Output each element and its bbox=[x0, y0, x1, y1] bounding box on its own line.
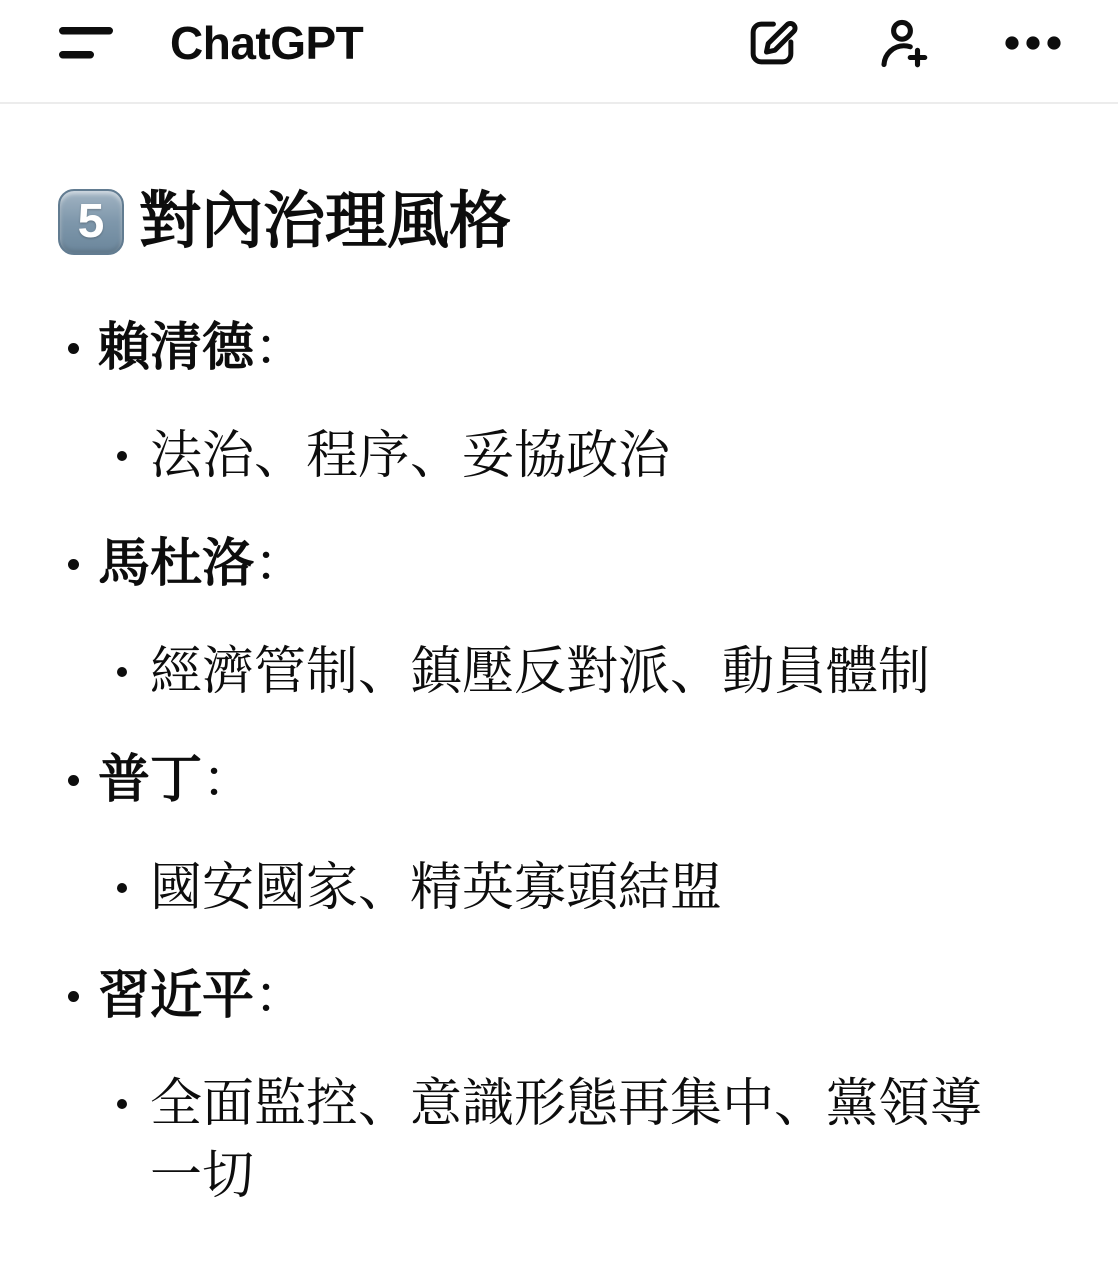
leaders-list: 賴清德： 法治、程序、妥協政治 馬杜洛： 經濟管制、鎮壓反對派、動員體制 普丁： bbox=[55, 312, 1063, 1212]
detail-row: 法治、程序、妥協政治 bbox=[55, 420, 1063, 492]
list-item: 賴清德： 法治、程序、妥協政治 bbox=[55, 312, 1063, 492]
bullet-dot bbox=[68, 991, 79, 1002]
header-actions bbox=[743, 13, 1061, 73]
colon: ： bbox=[254, 967, 306, 1025]
section-heading: 5 對內治理風格 bbox=[58, 186, 1063, 258]
sub-bullet-dot bbox=[117, 1099, 127, 1109]
chat-message-area: 5 對內治理風格 賴清德： 法治、程序、妥協政治 馬杜洛： 經濟管制、鎮壓反對派… bbox=[0, 186, 1118, 1212]
leader-row: 馬杜洛： bbox=[55, 528, 1063, 600]
more-options-button[interactable] bbox=[1005, 36, 1061, 50]
add-person-button[interactable] bbox=[873, 13, 933, 73]
add-person-icon bbox=[873, 13, 933, 73]
list-item: 習近平： 全面監控、意識形態再集中、黨領導一切 bbox=[55, 960, 1063, 1212]
detail-text: 國安國家、精英寡頭結盟 bbox=[150, 852, 722, 924]
more-options-ellipsis-icon bbox=[1005, 36, 1061, 50]
leader-row: 賴清德： bbox=[55, 312, 1063, 384]
bullet-dot bbox=[68, 343, 79, 354]
leader-label: 習近平： bbox=[98, 960, 306, 1032]
bullet-dot bbox=[68, 559, 79, 570]
sidebar-menu-icon bbox=[58, 26, 114, 60]
detail-text: 法治、程序、妥協政治 bbox=[150, 420, 670, 492]
list-item: 馬杜洛： 經濟管制、鎮壓反對派、動員體制 bbox=[55, 528, 1063, 708]
colon: ： bbox=[202, 751, 254, 809]
leader-name: 普丁 bbox=[98, 751, 202, 809]
detail-text: 全面監控、意識形態再集中、黨領導一切 bbox=[150, 1068, 1013, 1212]
leader-name: 習近平 bbox=[98, 967, 254, 1025]
keycap-5-emoji: 5 bbox=[58, 189, 124, 255]
new-chat-button[interactable] bbox=[743, 14, 801, 72]
detail-text: 經濟管制、鎮壓反對派、動員體制 bbox=[150, 636, 930, 708]
leader-name: 馬杜洛 bbox=[98, 535, 254, 593]
leader-label: 馬杜洛： bbox=[98, 528, 306, 600]
sub-bullet-dot bbox=[117, 667, 127, 677]
section-heading-text: 對內治理風格 bbox=[139, 186, 511, 258]
leader-row: 習近平： bbox=[55, 960, 1063, 1032]
leader-label: 普丁： bbox=[98, 744, 254, 816]
app-header: ChatGPT bbox=[0, 0, 1118, 104]
app-title: ChatGPT bbox=[170, 16, 363, 70]
detail-row: 全面監控、意識形態再集中、黨領導一切 bbox=[55, 1068, 1063, 1212]
sub-bullet-dot bbox=[117, 451, 127, 461]
list-item: 普丁： 國安國家、精英寡頭結盟 bbox=[55, 744, 1063, 924]
leader-row: 普丁： bbox=[55, 744, 1063, 816]
new-chat-compose-icon bbox=[743, 14, 801, 72]
leader-label: 賴清德： bbox=[98, 312, 306, 384]
colon: ： bbox=[254, 535, 306, 593]
detail-row: 經濟管制、鎮壓反對派、動員體制 bbox=[55, 636, 1063, 708]
detail-row: 國安國家、精英寡頭結盟 bbox=[55, 852, 1063, 924]
colon: ： bbox=[254, 319, 306, 377]
bullet-dot bbox=[68, 775, 79, 786]
sub-bullet-dot bbox=[117, 883, 127, 893]
menu-button[interactable] bbox=[58, 26, 114, 60]
leader-name: 賴清德 bbox=[98, 319, 254, 377]
